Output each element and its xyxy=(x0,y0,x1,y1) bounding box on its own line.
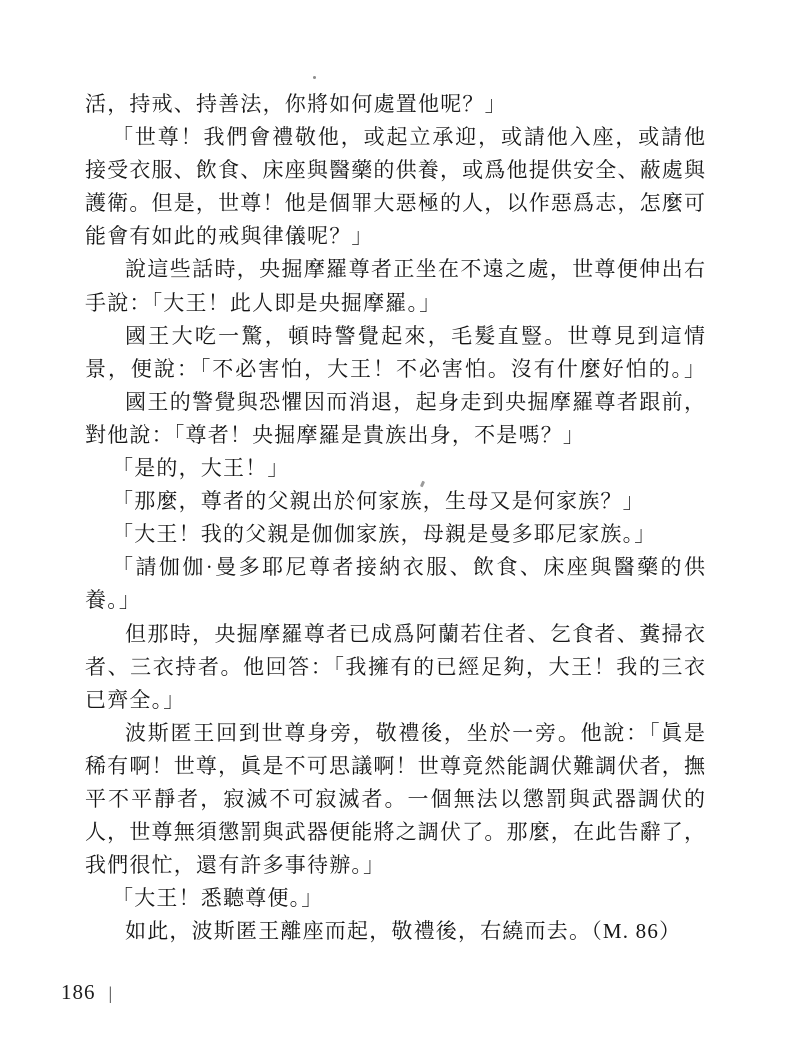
footer-divider-bar: | xyxy=(109,983,113,1003)
text-line: 「大王！我的父親是伽伽家族，母親是曼多耶尼家族。」 xyxy=(85,518,705,551)
text-line: 活，持戒、持善法，你將如何處置他呢？」 xyxy=(85,88,705,121)
text-line: 接受衣服、飲食、床座與醫藥的供養，或爲他提供安全、蔽處與 xyxy=(85,154,705,187)
text-line: 「請伽伽·曼多耶尼尊者接納衣服、飲食、床座與醫藥的供 xyxy=(85,551,705,584)
book-page: 活，持戒、持善法，你將如何處置他呢？」「世尊！我們會禮敬他，或起立承迎，或請他入… xyxy=(0,0,792,1056)
page-footer: 186| xyxy=(61,980,112,1005)
text-line: 護衛。但是，世尊！他是個罪大惡極的人，以作惡爲志，怎麼可 xyxy=(85,187,705,220)
text-line: 但那時，央掘摩羅尊者已成爲阿蘭若住者、乞食者、糞掃衣 xyxy=(85,618,705,651)
text-line: 對他說：「尊者！央掘摩羅是貴族出身，不是嗎？」 xyxy=(85,419,705,452)
page-text: 活，持戒、持善法，你將如何處置他呢？」「世尊！我們會禮敬他，或起立承迎，或請他入… xyxy=(85,88,705,948)
text-line: 平不平靜者，寂滅不可寂滅者。一個無法以懲罰與武器調伏的 xyxy=(85,783,705,816)
text-line: 稀有啊！世尊，眞是不可思議啊！世尊竟然能調伏難調伏者，撫 xyxy=(85,750,705,783)
text-line: 波斯匿王回到世尊身旁，敬禮後，坐於一旁。他說：「眞是 xyxy=(85,717,705,750)
text-line: 「大王！悉聽尊便。」 xyxy=(85,882,705,915)
text-line: 人，世尊無須懲罰與武器便能將之調伏了。那麼，在此告辭了， xyxy=(85,816,705,849)
text-line: 「世尊！我們會禮敬他，或起立承迎，或請他入座，或請他 xyxy=(85,121,705,154)
text-line: 我們很忙，還有許多事待辦。」 xyxy=(85,849,705,882)
text-line: 者、三衣持者。他回答：「我擁有的已經足夠，大王！我的三衣 xyxy=(85,651,705,684)
text-line: 國王大吃一驚，頓時警覺起來，毛髮直豎。世尊見到這情 xyxy=(85,320,705,353)
text-line: 「是的，大王！」 xyxy=(85,452,705,485)
text-line: 如此，波斯匿王離座而起，敬禮後，右繞而去。（M. 86） xyxy=(85,915,705,948)
text-line: 景，便說：「不必害怕，大王！不必害怕。沒有什麼好怕的。」 xyxy=(85,353,705,386)
text-line: 「那麼，尊者的父親出於何家族，生母又是何家族？」 xyxy=(85,485,705,518)
page-number: 186 xyxy=(61,980,96,1004)
text-line: 養。」 xyxy=(85,584,705,617)
text-line: 國王的警覺與恐懼因而消退，起身走到央掘摩羅尊者跟前， xyxy=(85,386,705,419)
scan-speck xyxy=(313,76,316,79)
text-line: 手說：「大王！此人即是央掘摩羅。」 xyxy=(85,287,705,320)
text-line: 能會有如此的戒與律儀呢？」 xyxy=(85,220,705,253)
text-line: 已齊全。」 xyxy=(85,684,705,717)
text-line: 說這些話時，央掘摩羅尊者正坐在不遠之處，世尊便伸出右 xyxy=(85,253,705,286)
